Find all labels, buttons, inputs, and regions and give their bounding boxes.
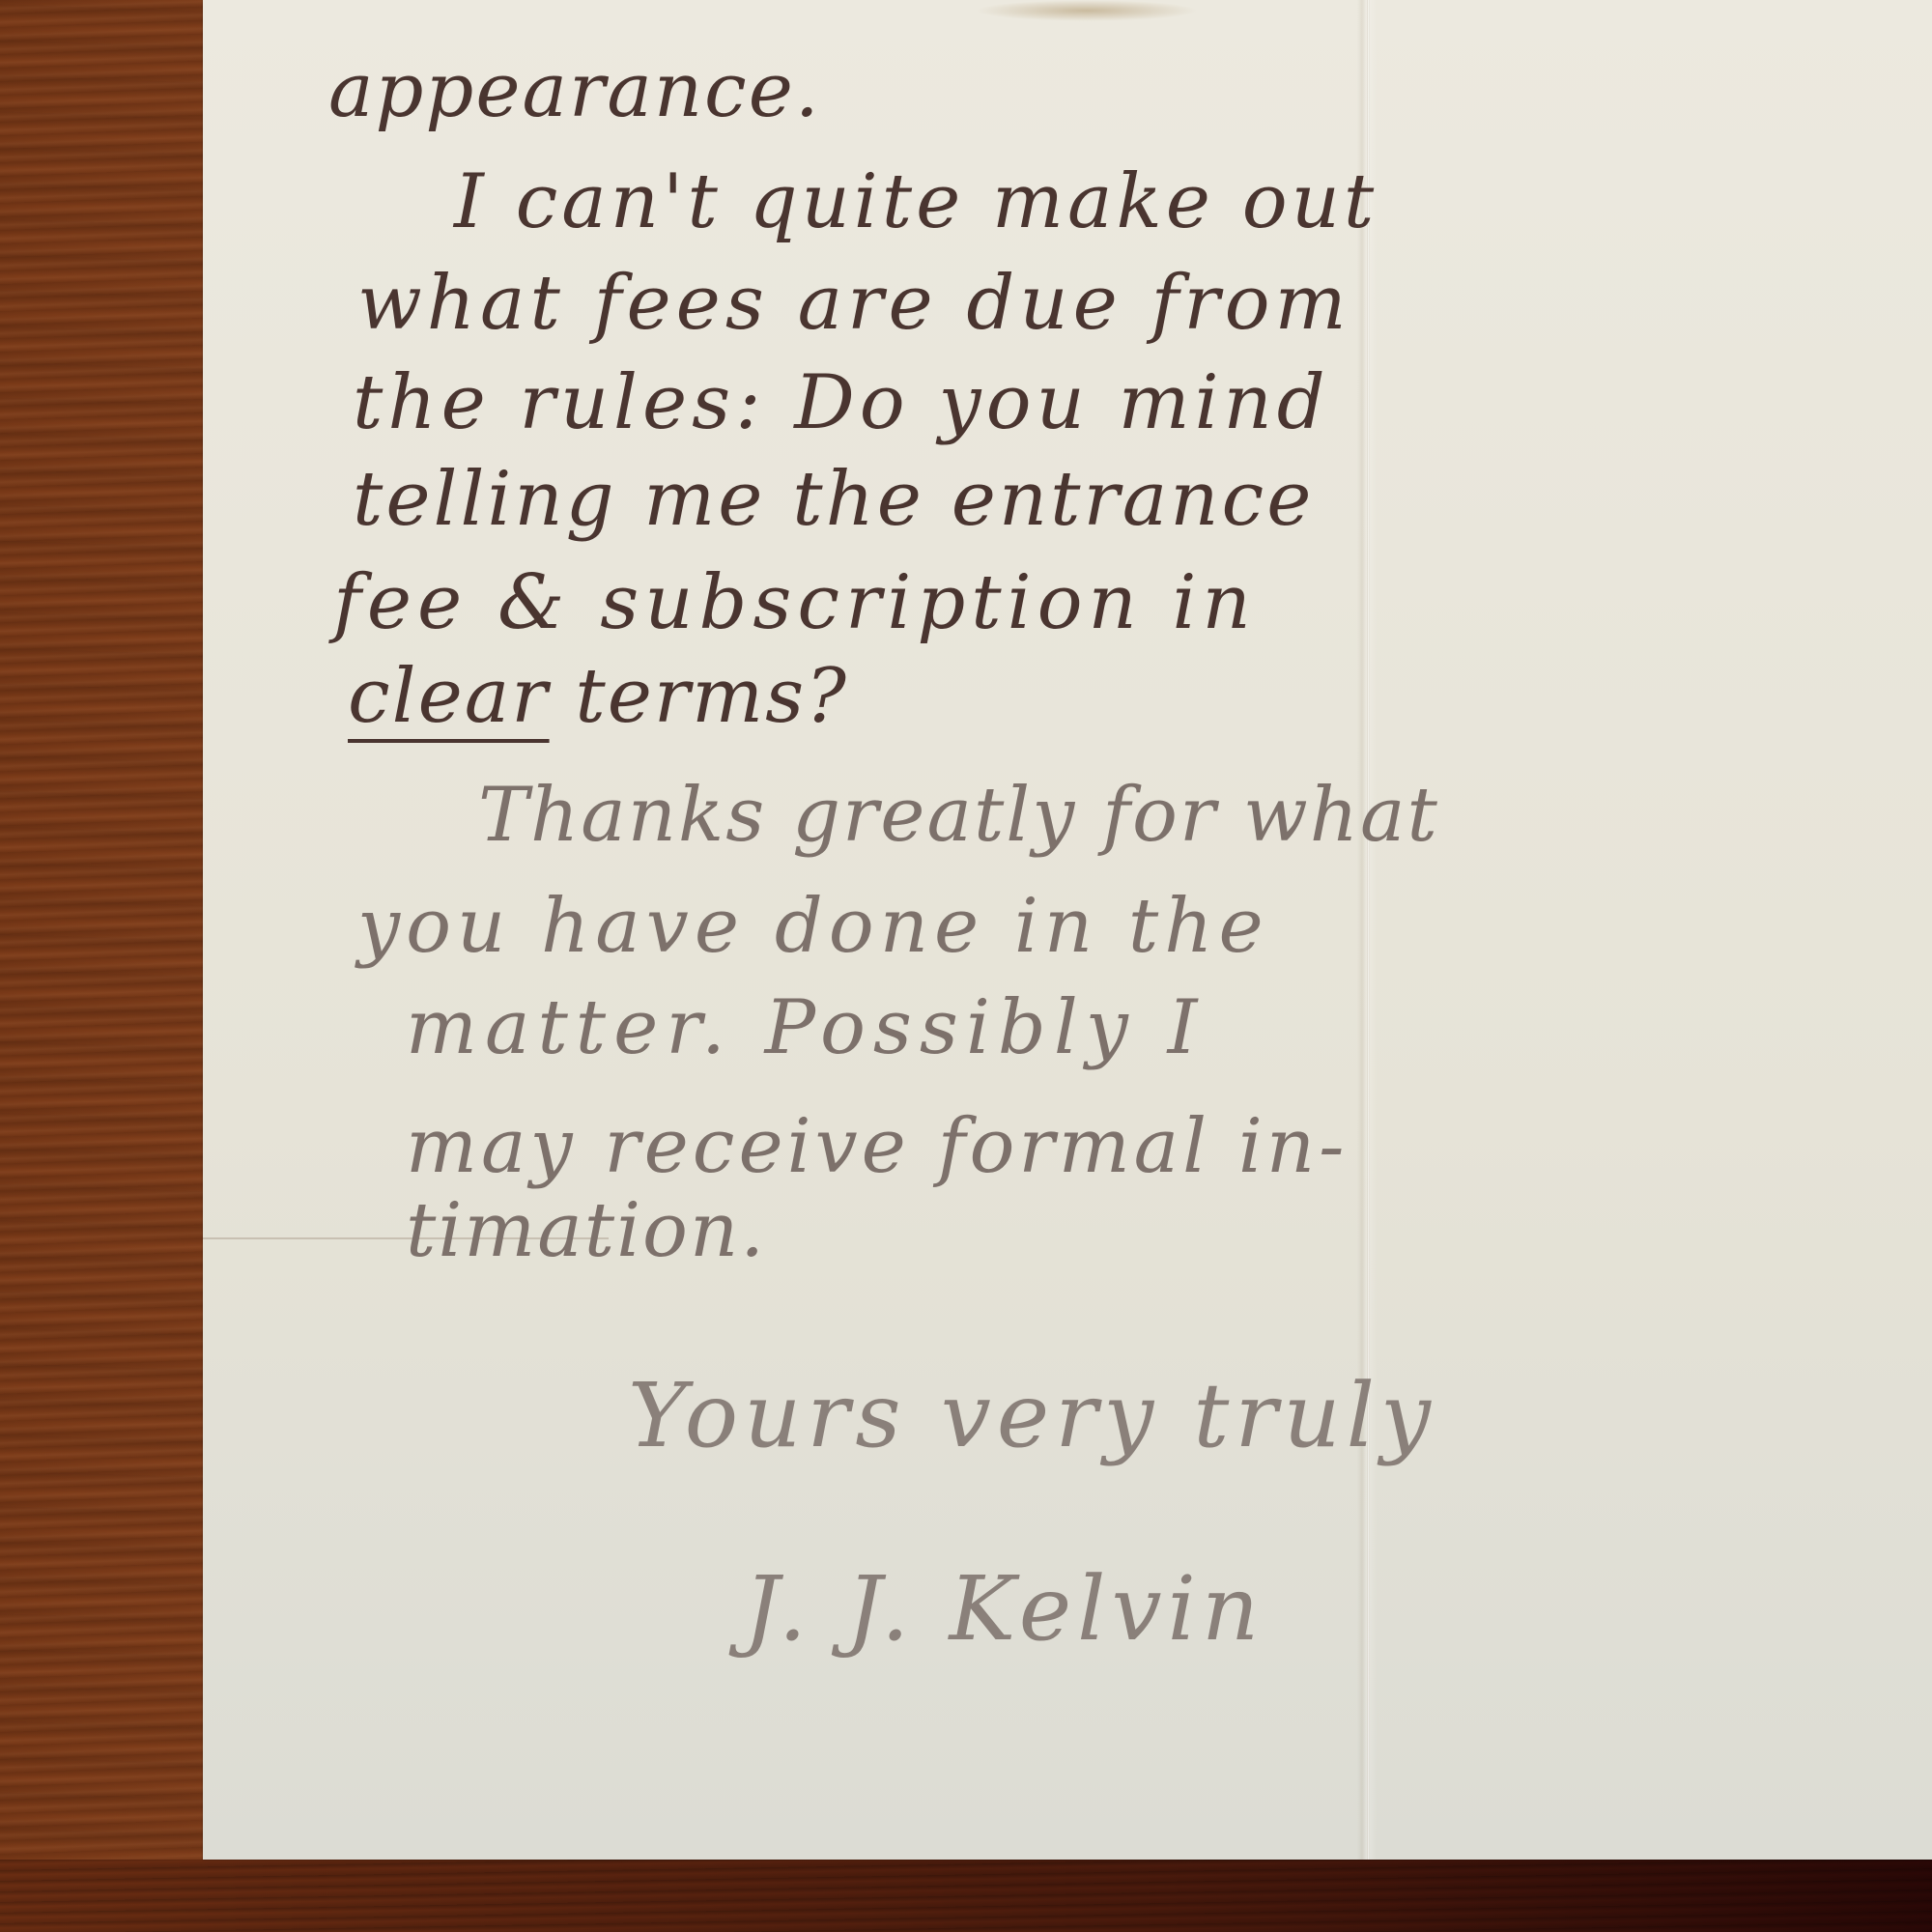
letter-line-6: fee & subscription in [333,565,1257,640]
letter-line-7-rest: terms? [575,653,848,740]
letter-line-5: telling me the entrance [353,462,1314,537]
letter-line-10: matter. Possibly I [406,990,1205,1065]
vertical-fold-crease [1367,0,1370,1860]
underlined-word: clear [348,653,550,740]
letter-line-7: clear terms? [348,659,848,734]
letter-line-3: what fees are due from [357,266,1351,341]
letter-line-8: Thanks greatly for what [478,778,1439,853]
letter-signature: J. J. Kelvin [744,1565,1264,1654]
letter-line-12: timation. [406,1193,766,1268]
letter-line-1: appearance. [328,53,821,128]
letter-line-11: may receive formal in- [406,1109,1348,1184]
letter-line-9: you have done in the [357,889,1269,964]
top-shadow [976,0,1198,21]
letter-closing: Yours very truly [628,1372,1436,1461]
letter-line-2: I can't quite make out [454,164,1378,240]
wooden-table-surface [0,1860,1932,1932]
letter-line-4: the rules: Do you mind [353,365,1330,440]
